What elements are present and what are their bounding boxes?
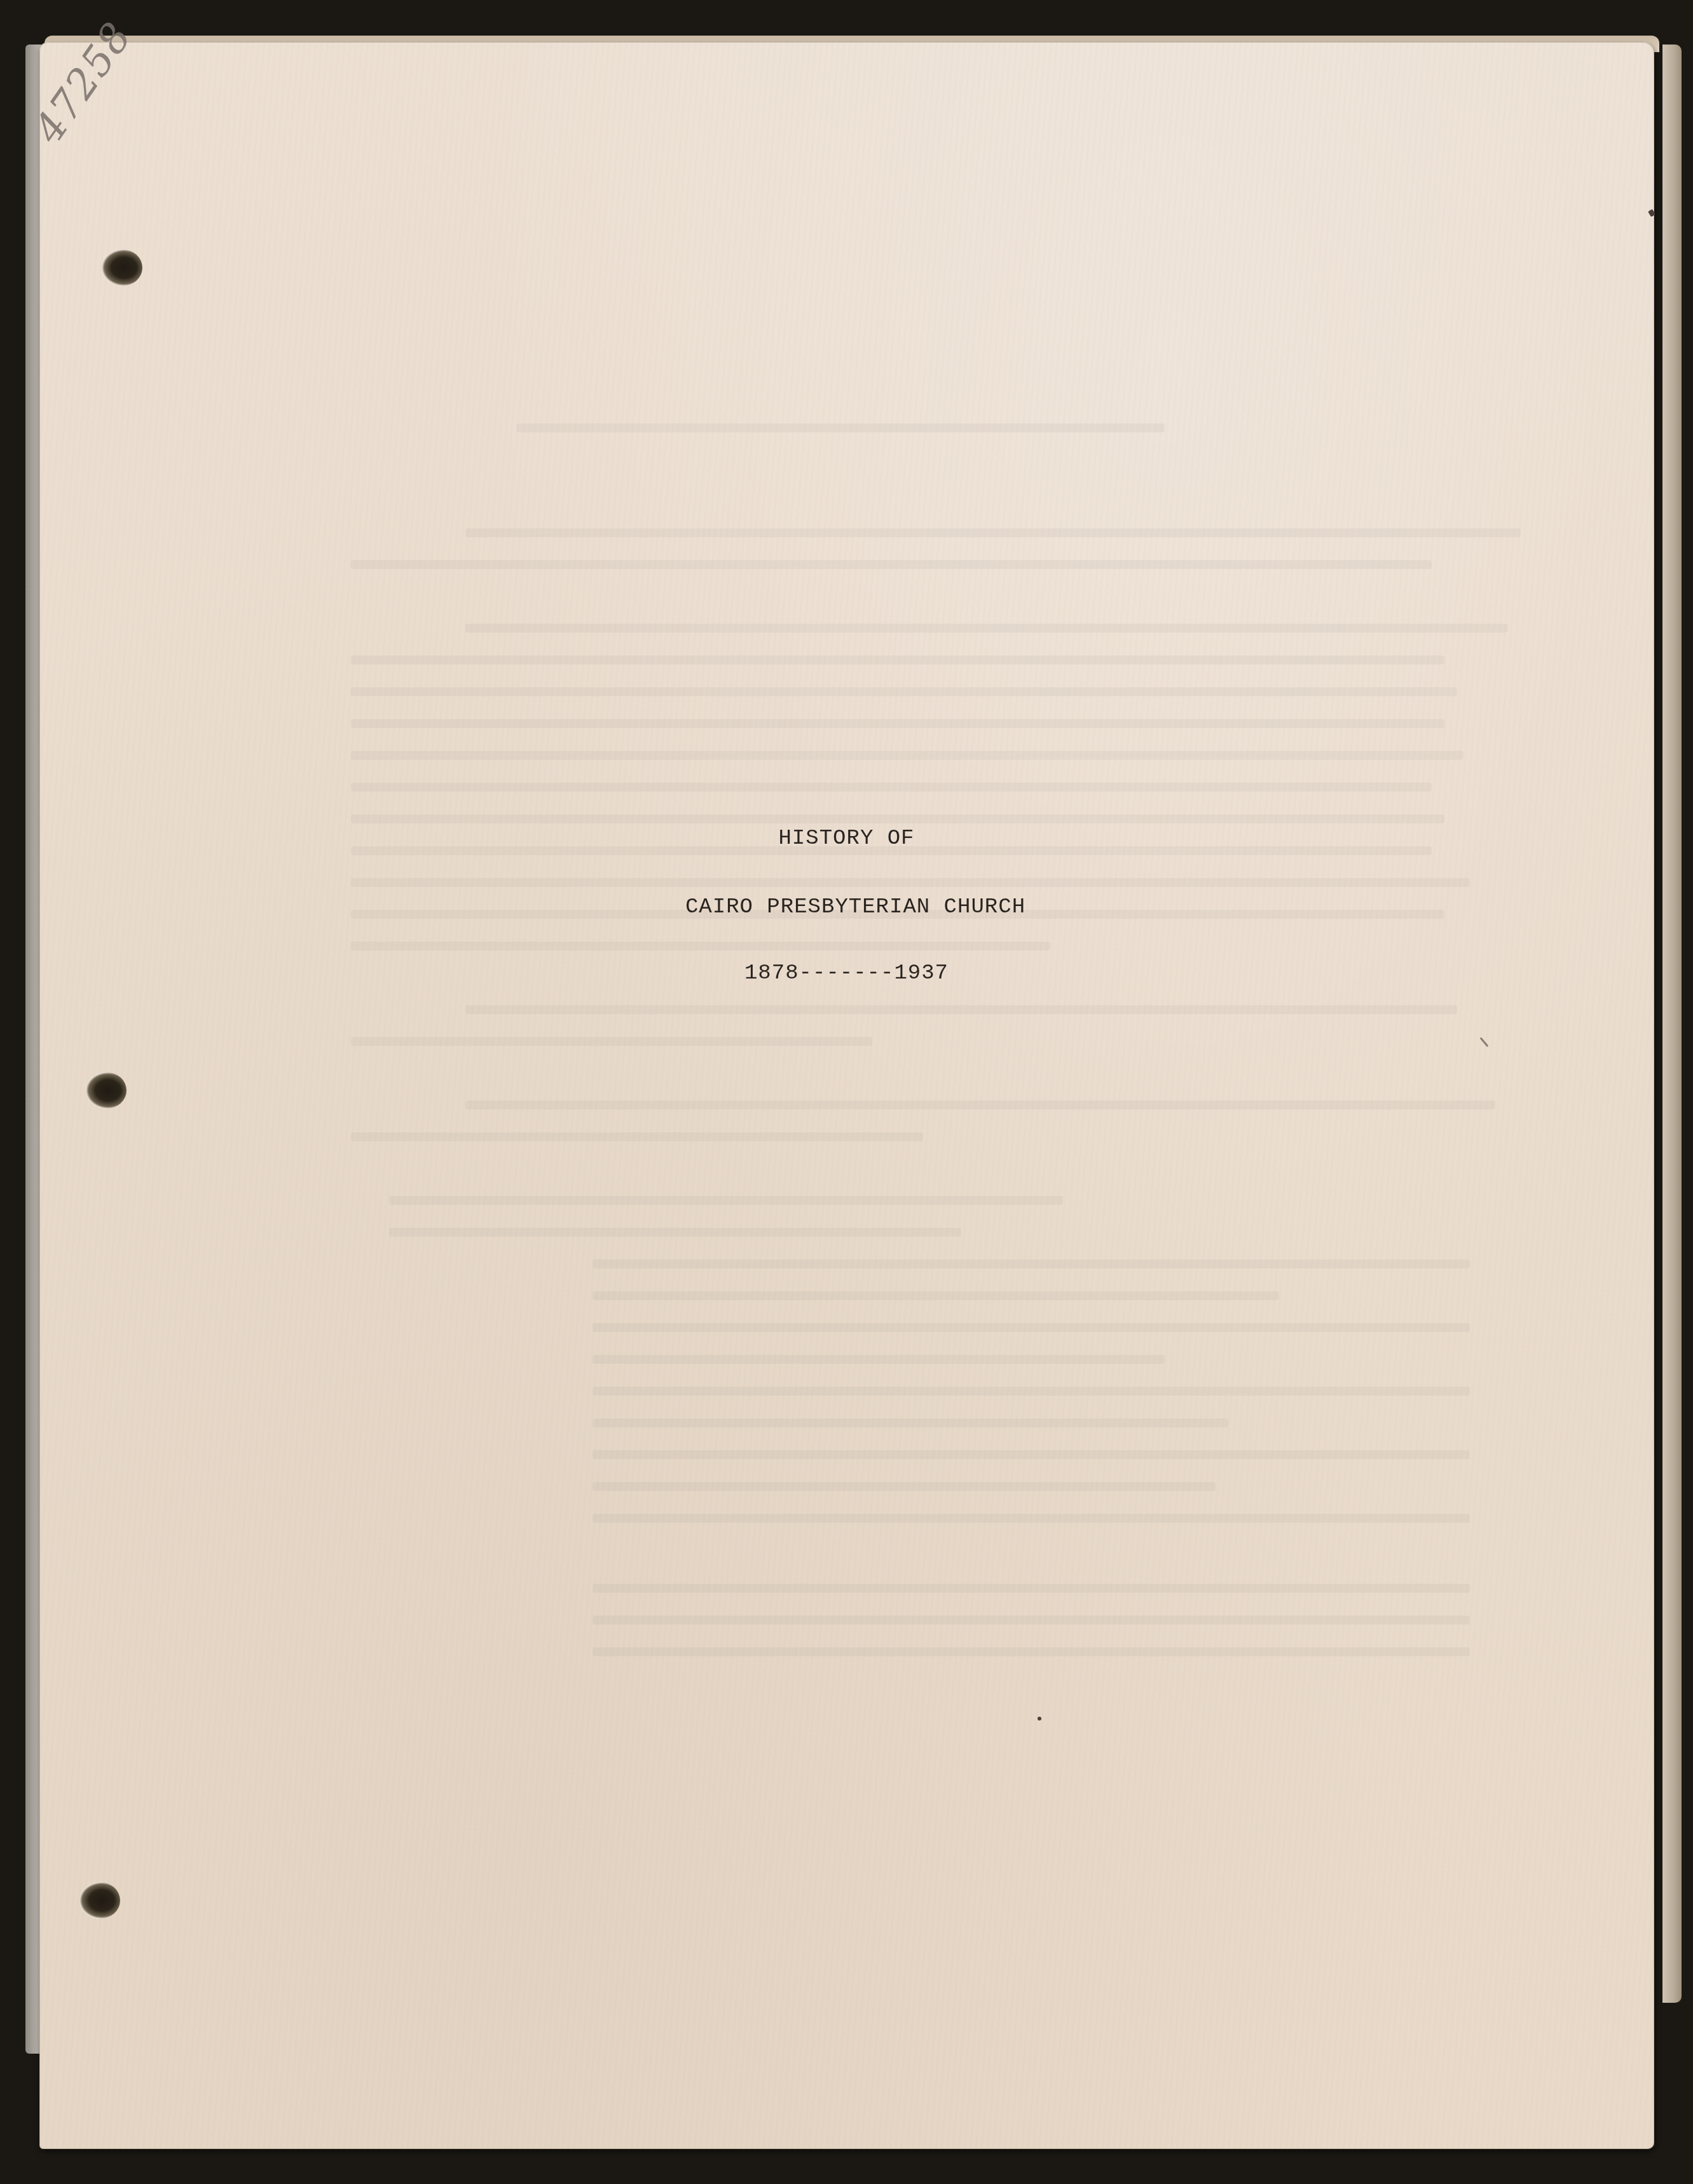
document-page xyxy=(39,42,1654,2149)
title-church-name: CAIRO PRESBYTERIAN CHURCH xyxy=(9,895,1693,919)
page-stack-right-edge xyxy=(1662,45,1682,2003)
binding-hole-top xyxy=(102,249,142,286)
title-history-of: HISTORY OF xyxy=(0,827,1693,851)
bleed-through-text xyxy=(351,373,1559,1771)
ink-speck xyxy=(1038,1717,1041,1720)
binding-hole-middle xyxy=(86,1072,127,1109)
title-date-range: 1878-------1937 xyxy=(0,961,1693,986)
binding-hole-bottom xyxy=(79,1882,120,1919)
